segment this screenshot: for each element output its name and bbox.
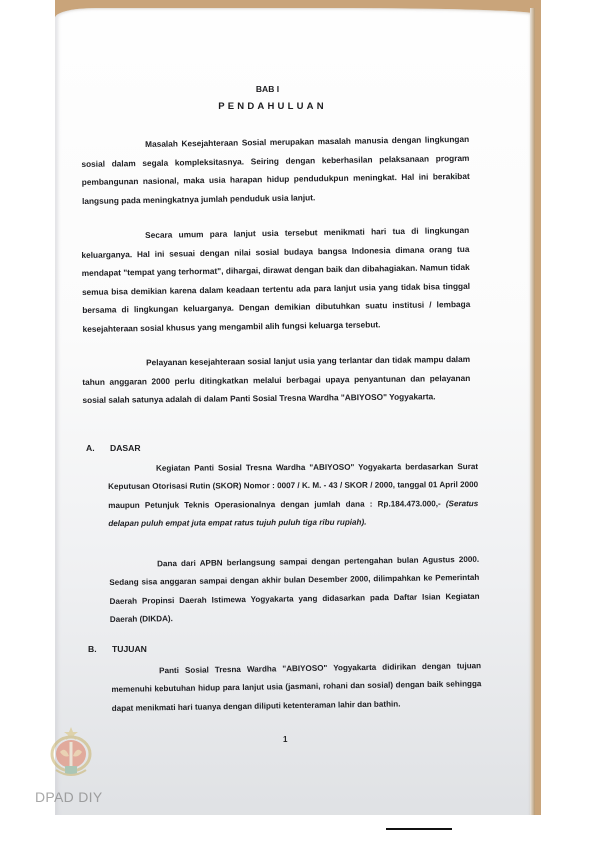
- paragraph-text: Masalah Kesejahteraan Sosial merupakan m…: [81, 134, 469, 206]
- section-letter: A.: [86, 443, 110, 453]
- section-title: DASAR: [110, 443, 141, 453]
- dasar-paragraph-2: Dana dari APBN berlangsung sampai dengan…: [109, 551, 480, 630]
- paragraph-text: Secara umum para lanjut usia tersebut me…: [81, 225, 470, 334]
- intro-paragraph-1: Masalah Kesejahteraan Sosial merupakan m…: [81, 130, 470, 210]
- intro-paragraph-3: Pelayanan kesejahteraan sosial lanjut us…: [82, 350, 471, 410]
- section-title: TUJUAN: [112, 644, 147, 654]
- paragraph-text: Pelayanan kesejahteraan sosial lanjut us…: [82, 354, 470, 405]
- paragraph-text: Dana dari APBN berlangsung sampai dengan…: [109, 555, 479, 624]
- tujuan-paragraph-1: Panti Sosial Tresna Wardha "ABIYOSO" Yog…: [111, 657, 482, 718]
- section-letter: B.: [88, 644, 112, 654]
- section-heading-tujuan: B.TUJUAN: [88, 644, 147, 654]
- paragraph-text: Kegiatan Panti Sosial Tresna Wardha "ABI…: [108, 462, 478, 510]
- watermark-text: DPAD DIY: [35, 789, 103, 805]
- paper-edge: [530, 8, 535, 815]
- intro-paragraph-2: Secara umum para lanjut usia tersebut me…: [81, 221, 471, 339]
- chapter-label: BAB I: [0, 84, 565, 94]
- section-heading-dasar: A.DASAR: [86, 443, 141, 453]
- dasar-paragraph-1: Kegiatan Panti Sosial Tresna Wardha "ABI…: [108, 458, 478, 534]
- page-number: 1: [283, 735, 287, 744]
- paragraph-text: Panti Sosial Tresna Wardha "ABIYOSO" Yog…: [111, 661, 481, 713]
- yogyakarta-emblem-icon: [50, 726, 92, 778]
- chapter-title: PENDAHULUAN: [0, 101, 570, 112]
- bottom-rule: [386, 828, 452, 830]
